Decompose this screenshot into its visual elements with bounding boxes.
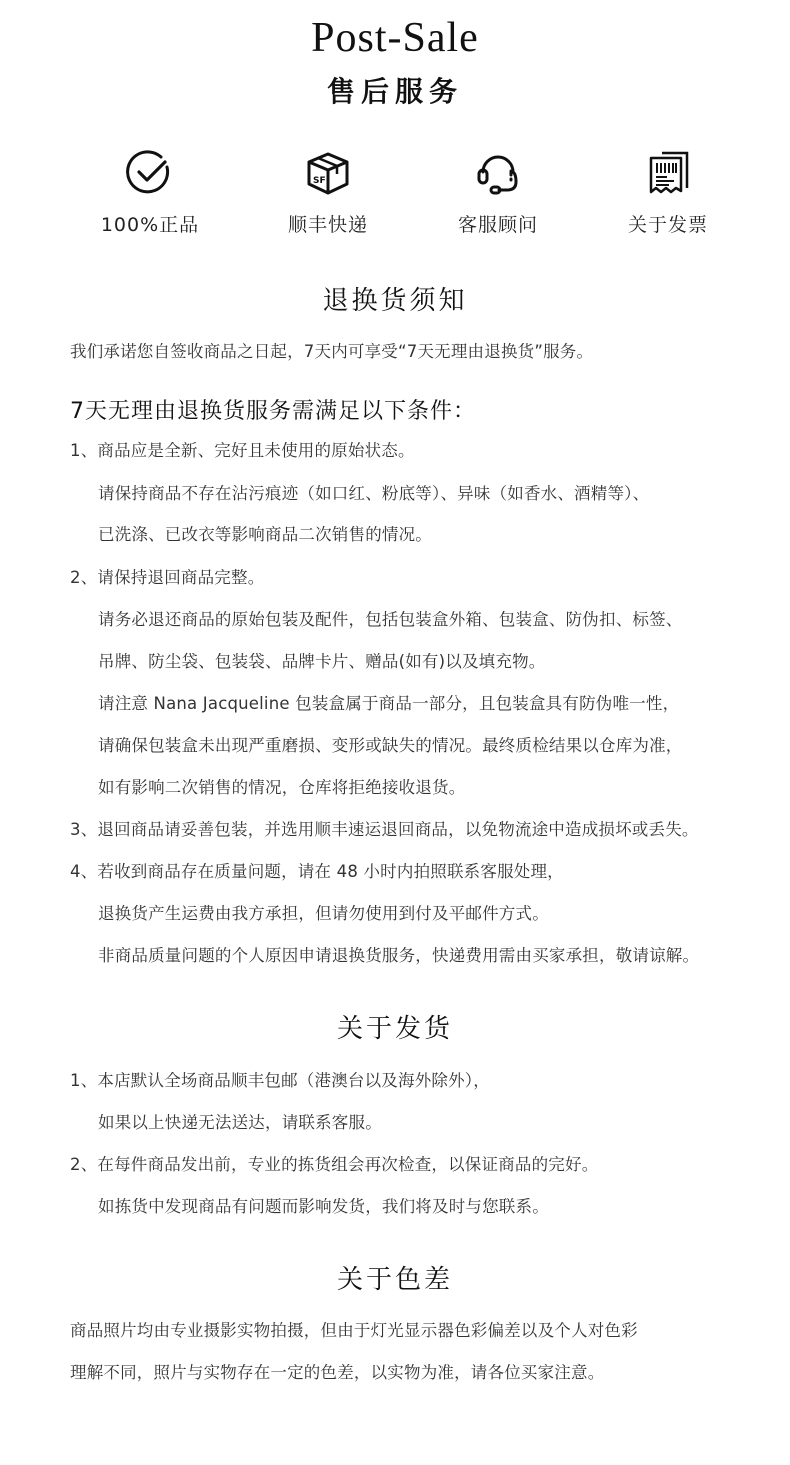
section-title-shipping: 关于发货 (0, 1008, 790, 1045)
condition-4-line: 退换货产生运费由我方承担，但请勿使用到付及平邮件方式。 (98, 900, 549, 924)
shipping-2-line: 如拣货中发现商品有问题而影响发货，我们将及时与您联系。 (98, 1193, 549, 1217)
svg-text:SF: SF (313, 176, 326, 186)
feature-sf-express: SF 顺丰快递 (243, 148, 413, 237)
condition-3-head: 3、退回商品请妥善包装，并选用顺丰速运退回商品，以免物流途中造成损坏或丢失。 (70, 816, 699, 840)
headset-icon (473, 148, 523, 198)
feature-label: 客服顾问 (413, 210, 583, 237)
condition-2-head: 2、请保持退回商品完整。 (70, 564, 264, 588)
sf-box-icon: SF (303, 148, 353, 198)
feature-label: 100%正品 (65, 210, 235, 237)
shipping-1-line: 如果以上快递无法送达，请联系客服。 (98, 1109, 382, 1133)
condition-1-line: 已洗涤、已改衣等影响商品二次销售的情况。 (98, 521, 432, 545)
feature-icons-row: 100%正品 SF 顺丰快递 客服顾问 关于发票 (0, 148, 790, 238)
feature-invoice: 关于发票 (583, 148, 753, 237)
returns-intro: 我们承诺您自签收商品之日起，7天内可享受“7天无理由退换货”服务。 (70, 338, 593, 362)
receipt-icon (643, 148, 693, 198)
color-diff-line: 商品照片均由专业摄影实物拍摄，但由于灯光显示器色彩偏差以及个人对色彩 (70, 1317, 638, 1341)
check-circle-icon (125, 148, 175, 198)
color-diff-line: 理解不同，照片与实物存在一定的色差，以实物为准，请各位买家注意。 (70, 1359, 604, 1383)
condition-2-line: 吊牌、防尘袋、包装袋、品牌卡片、赠品(如有)以及填充物。 (98, 648, 545, 672)
condition-4-line: 非商品质量问题的个人原因申请退换货服务，快递费用需由买家承担，敬请谅解。 (98, 942, 699, 966)
feature-customer-service: 客服顾问 (413, 148, 583, 237)
feature-label: 顺丰快递 (243, 210, 413, 237)
condition-2-line: 如有影响二次销售的情况，仓库将拒绝接收退货。 (98, 774, 465, 798)
section-title-returns: 退换货须知 (0, 280, 790, 317)
condition-2-line: 请注意 Nana Jacqueline 包装盒属于商品一部分，且包装盒具有防伪唯… (98, 690, 679, 714)
condition-2-line: 请确保包装盒未出现严重磨损、变形或缺失的情况。最终质检结果以仓库为准， (98, 732, 683, 756)
condition-2-line: 请务必退还商品的原始包装及配件，包括包装盒外箱、包装盒、防伪扣、标签、 (98, 606, 683, 630)
section-title-color-diff: 关于色差 (0, 1259, 790, 1296)
shipping-1-head: 1、本店默认全场商品顺丰包邮（港澳台以及海外除外）， (70, 1067, 490, 1091)
shipping-2-head: 2、在每件商品发出前，专业的拣货组会再次检查，以保证商品的完好。 (70, 1151, 598, 1175)
feature-authentic: 100%正品 (65, 148, 235, 237)
page-title-cn: 售后服务 (0, 70, 790, 110)
feature-label: 关于发票 (583, 210, 753, 237)
condition-1-line: 请保持商品不存在沾污痕迹（如口红、粉底等）、异味（如香水、酒精等）、 (98, 480, 649, 504)
condition-1-head: 1、商品应是全新、完好且未使用的原始状态。 (70, 437, 415, 461)
conditions-title: 7天无理由退换货服务需满足以下条件： (70, 394, 476, 425)
condition-4-head: 4、若收到商品存在质量问题，请在 48 小时内拍照联系客服处理， (70, 858, 564, 882)
page-title-en: Post-Sale (0, 14, 790, 62)
